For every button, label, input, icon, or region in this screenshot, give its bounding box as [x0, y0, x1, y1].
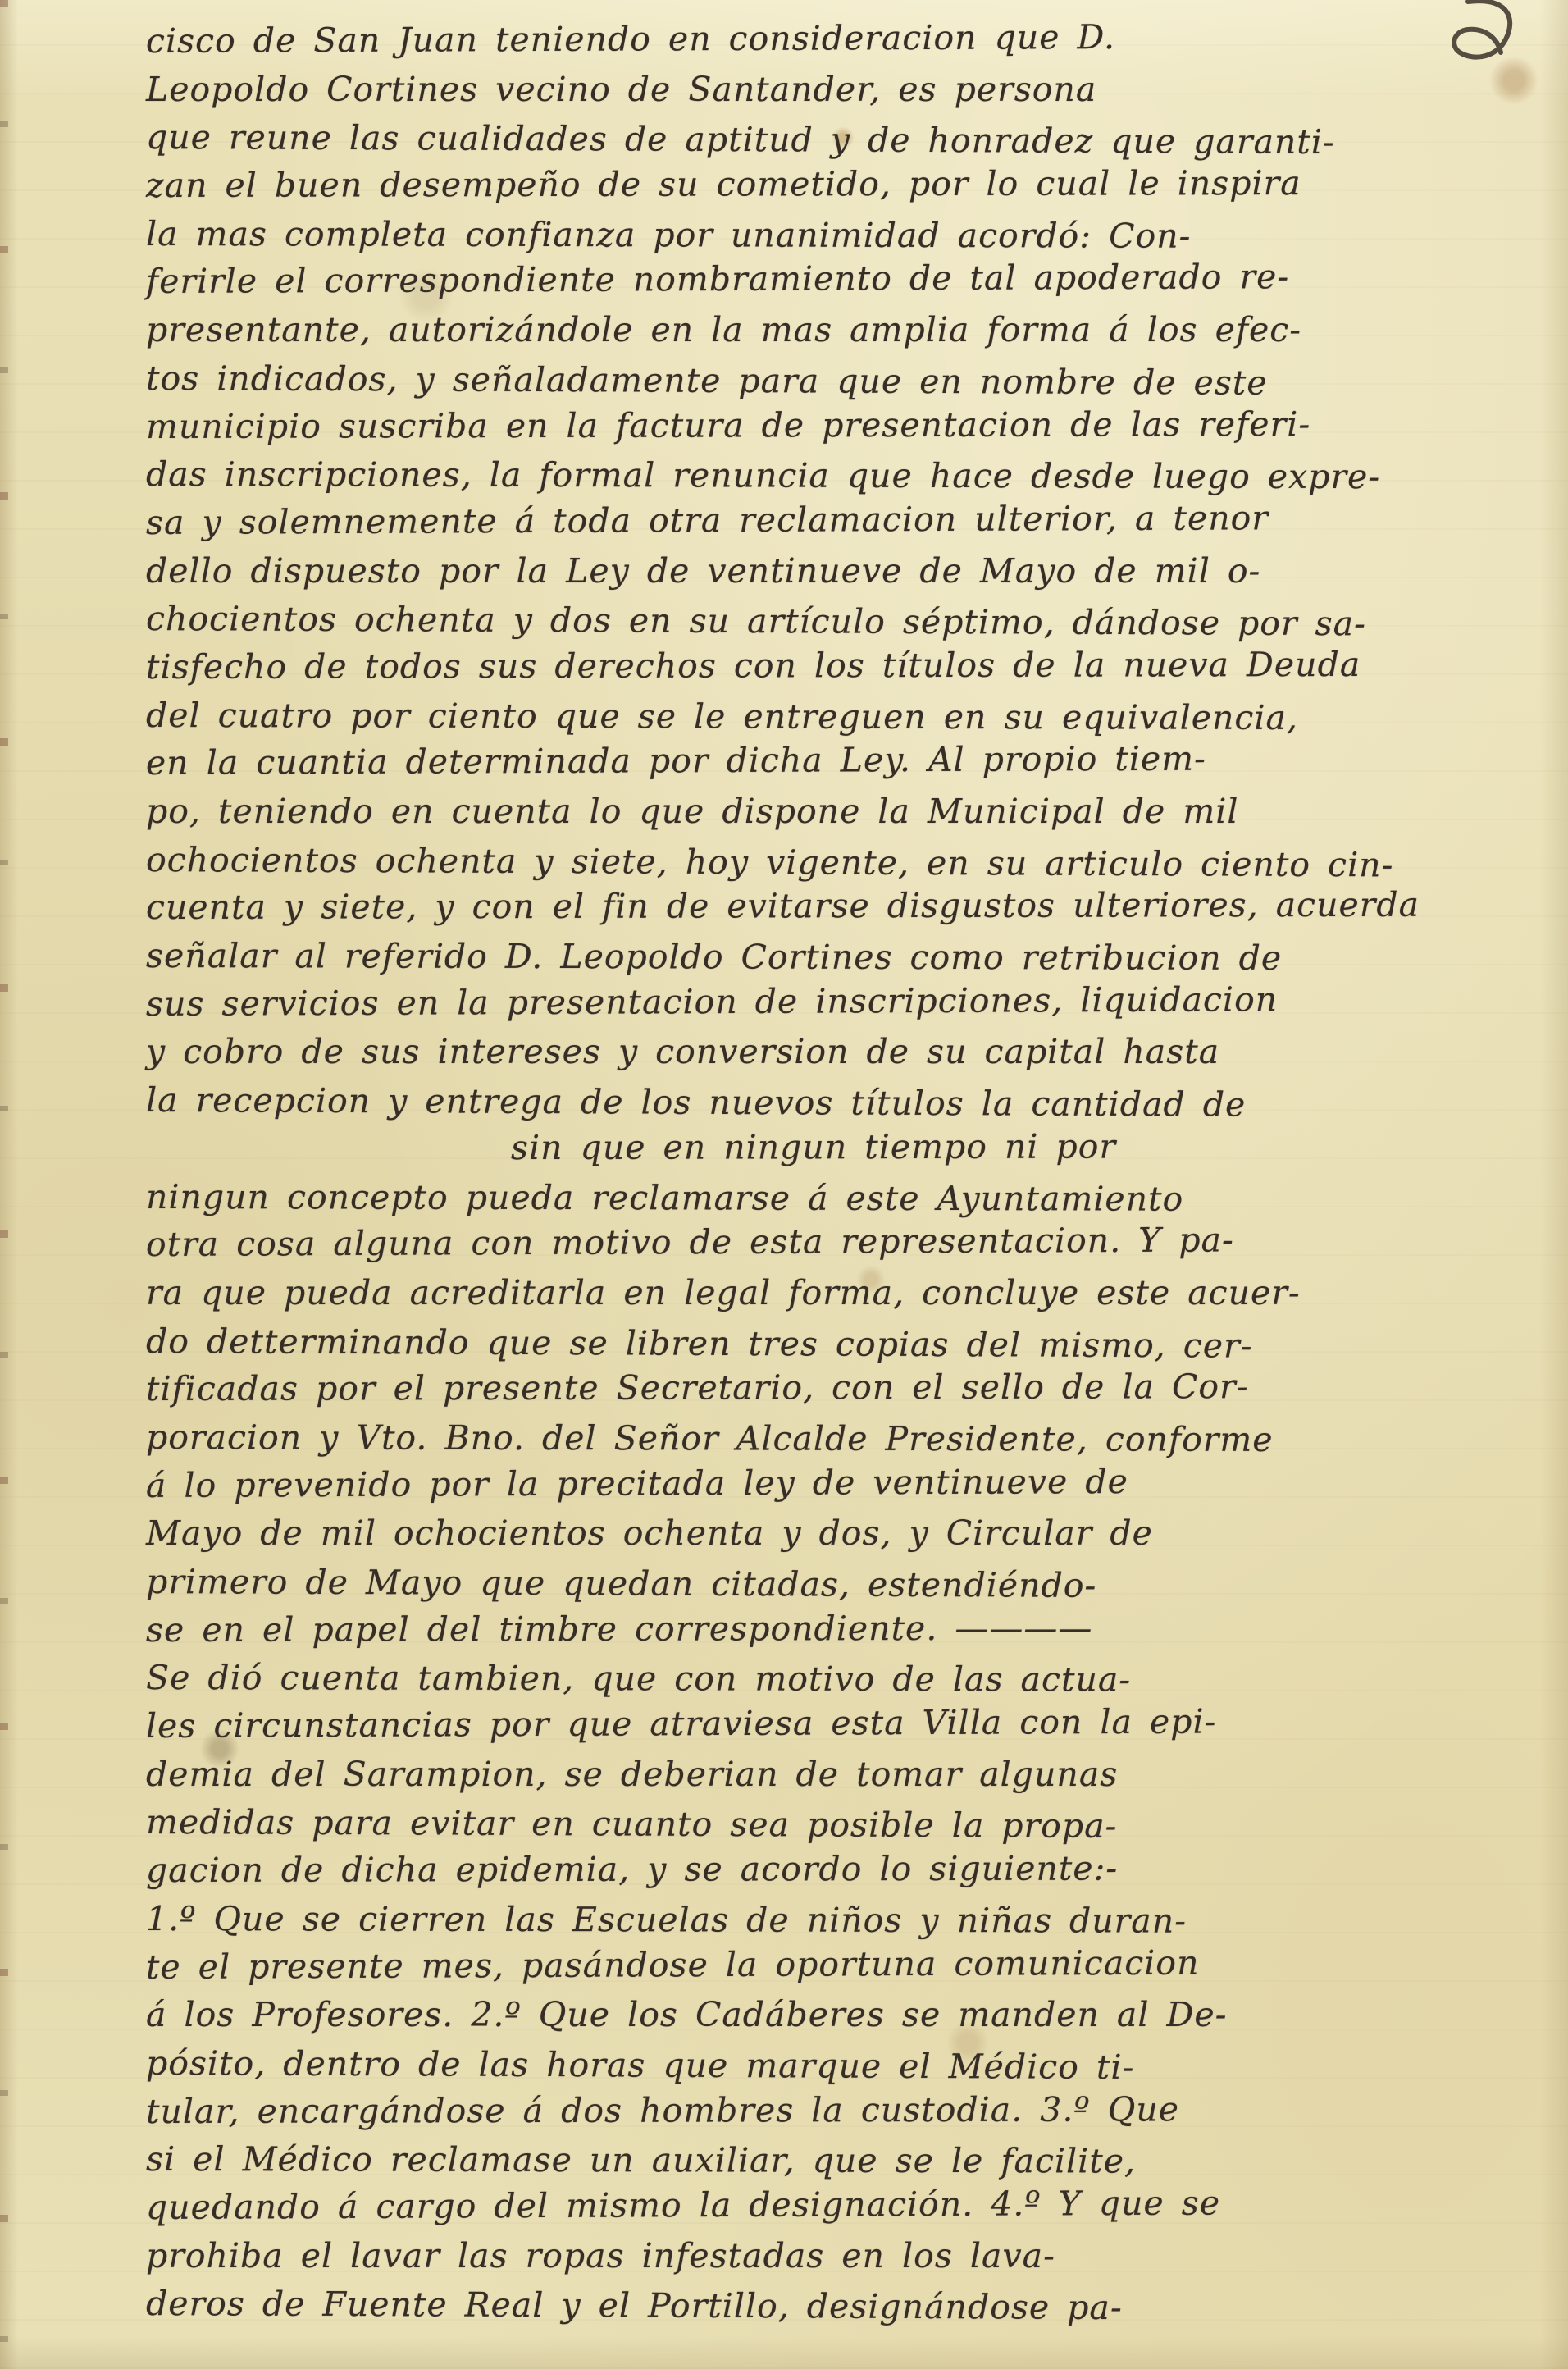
- manuscript-line: presentante, autorizándole en la mas amp…: [146, 310, 1548, 358]
- manuscript-line: prohiba el lavar las ropas infestadas en…: [146, 2236, 1548, 2285]
- manuscript-line: deros de Fuente Real y el Portillo, desi…: [146, 2284, 1548, 2338]
- manuscript-line: otra cosa alguna con motivo de esta repr…: [146, 1219, 1548, 1273]
- manuscript-line: gacion de dicha epidemia, y se acordo lo…: [146, 1848, 1548, 1899]
- manuscript-line: ra que pueda acreditarla en legal forma,…: [146, 1273, 1548, 1321]
- manuscript-line: sus servicios en la presentacion de insc…: [146, 979, 1548, 1033]
- manuscript-page: cisco de San Juan teniendo en considerac…: [0, 0, 1568, 2369]
- manuscript-line: cuenta y siete, y con el fin de evitarse…: [146, 885, 1548, 936]
- manuscript-line: á los Profesores. 2.º Que los Cadáberes …: [146, 1995, 1548, 2043]
- manuscript-line: en la cuantia determinada por dicha Ley.…: [146, 737, 1548, 792]
- manuscript-line: tisfecho de todos sus derechos con los t…: [146, 644, 1548, 695]
- manuscript-line: y cobro de sus intereses y conversion de…: [146, 1032, 1548, 1080]
- manuscript-line: po, teniendo en cuenta lo que dispone la…: [146, 792, 1548, 840]
- manuscript-line: dello dispuesto por la Ley de ventinueve…: [146, 551, 1548, 600]
- binding-edge-marks: [0, 0, 8, 2369]
- manuscript-text: cisco de San Juan teniendo en considerac…: [146, 21, 1548, 2332]
- manuscript-line: sa y solemnemente á toda otra reclamacio…: [146, 497, 1548, 551]
- manuscript-line: Leopoldo Cortines vecino de Santander, e…: [146, 70, 1548, 118]
- manuscript-line: te el presente mes, pasándose la oportun…: [146, 1941, 1548, 1995]
- manuscript-line: municipio suscriba en la factura de pres…: [146, 404, 1548, 454]
- manuscript-line: á lo prevenido por la precitada ley de v…: [146, 1459, 1548, 1513]
- manuscript-line: quedando á cargo del mismo la designació…: [146, 2182, 1548, 2236]
- manuscript-line: zan el buen desempeño de su cometido, po…: [146, 162, 1548, 213]
- manuscript-line: sin que en ningun tiempo ni por: [146, 1125, 1548, 1176]
- manuscript-line: demia del Sarampion, se deberian de toma…: [146, 1755, 1548, 1803]
- manuscript-line: ferirle el correspondiente nombramiento …: [146, 256, 1548, 310]
- manuscript-line: Mayo de mil ochocientos ochenta y dos, y…: [146, 1513, 1548, 1562]
- manuscript-line: les circunstancias por que atraviesa est…: [146, 1700, 1548, 1755]
- manuscript-line: se en el papel del timbre correspondient…: [146, 1607, 1548, 1658]
- manuscript-line: tular, encargándose á dos hombres la cus…: [146, 2088, 1548, 2139]
- manuscript-line: cisco de San Juan teniendo en considerac…: [146, 16, 1548, 70]
- manuscript-line: tificadas por el presente Secretario, co…: [146, 1367, 1548, 1417]
